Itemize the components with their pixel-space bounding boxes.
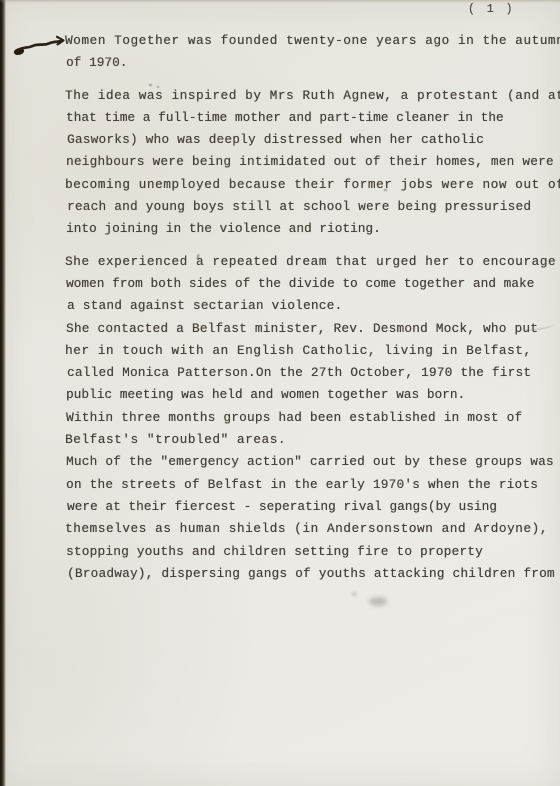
typed-text: Women Together was founded twenty-one ye… <box>66 30 546 595</box>
page-number: ( 1 ) <box>468 3 515 16</box>
typed-line: neighbours were being intimidated out of… <box>66 151 546 173</box>
typed-line: Belfast's "troubled" areas. <box>65 429 546 451</box>
paragraph-ruth-agnew: The idea was inspired by Mrs Ruth Agnew,… <box>66 85 546 241</box>
paragraph-founding: Women Together was founded twenty-one ye… <box>66 30 546 75</box>
typed-line: a stand against sectarian violence. <box>67 295 546 317</box>
typed-line: into joining in the violence and rioting… <box>66 218 546 240</box>
typed-line: Women Together was founded twenty-one ye… <box>65 30 546 52</box>
typed-line: called Monica Patterson.On the 27th Octo… <box>67 362 546 384</box>
typed-line: that time a full-time mother and part-ti… <box>66 107 546 129</box>
typed-line: of 1970. <box>66 52 546 74</box>
typed-line: themselves as human shields (in Anderson… <box>65 518 546 540</box>
typed-line: women from both sides of the divide to c… <box>66 273 546 295</box>
typed-line: Within three months groups had been esta… <box>66 407 546 429</box>
typed-line: becoming unemployed because their former… <box>65 174 546 196</box>
typed-line: were at their fiercest - seperating riva… <box>67 496 546 518</box>
typed-line: She contacted a Belfast minister, Rev. D… <box>66 318 546 340</box>
typed-line: on the streets of Belfast in the early 1… <box>66 474 546 496</box>
typed-line: (Broadway), dispersing gangs of youths a… <box>67 563 546 585</box>
scan-left-edge-shadow <box>0 0 6 786</box>
typed-line: reach and young boys still at school wer… <box>67 196 546 218</box>
ink-speck <box>384 189 387 191</box>
ink-speck <box>157 86 159 88</box>
typed-line: The idea was inspired by Mrs Ruth Agnew,… <box>65 85 546 107</box>
typed-line: She experienced a repeated dream that ur… <box>65 251 546 273</box>
pencil-smudge <box>369 597 387 606</box>
pencil-smudge <box>352 592 357 596</box>
typed-line: her in touch with an English Catholic, l… <box>65 340 546 362</box>
ink-speck <box>149 84 152 86</box>
typed-line: stopping youths and children setting fir… <box>66 541 546 563</box>
typed-line: Much of the "emergency action" carried o… <box>66 451 546 473</box>
pen-arrow-mark-icon <box>12 33 68 59</box>
typed-line: Gasworks) who was deeply distressed when… <box>67 129 546 151</box>
document-page: ( 1 ) Women Together was founded twenty-… <box>0 0 560 786</box>
paragraph-dream-and-groups: She experienced a repeated dream that ur… <box>66 251 546 585</box>
typed-line: public meeting was held and women togeth… <box>66 384 546 406</box>
